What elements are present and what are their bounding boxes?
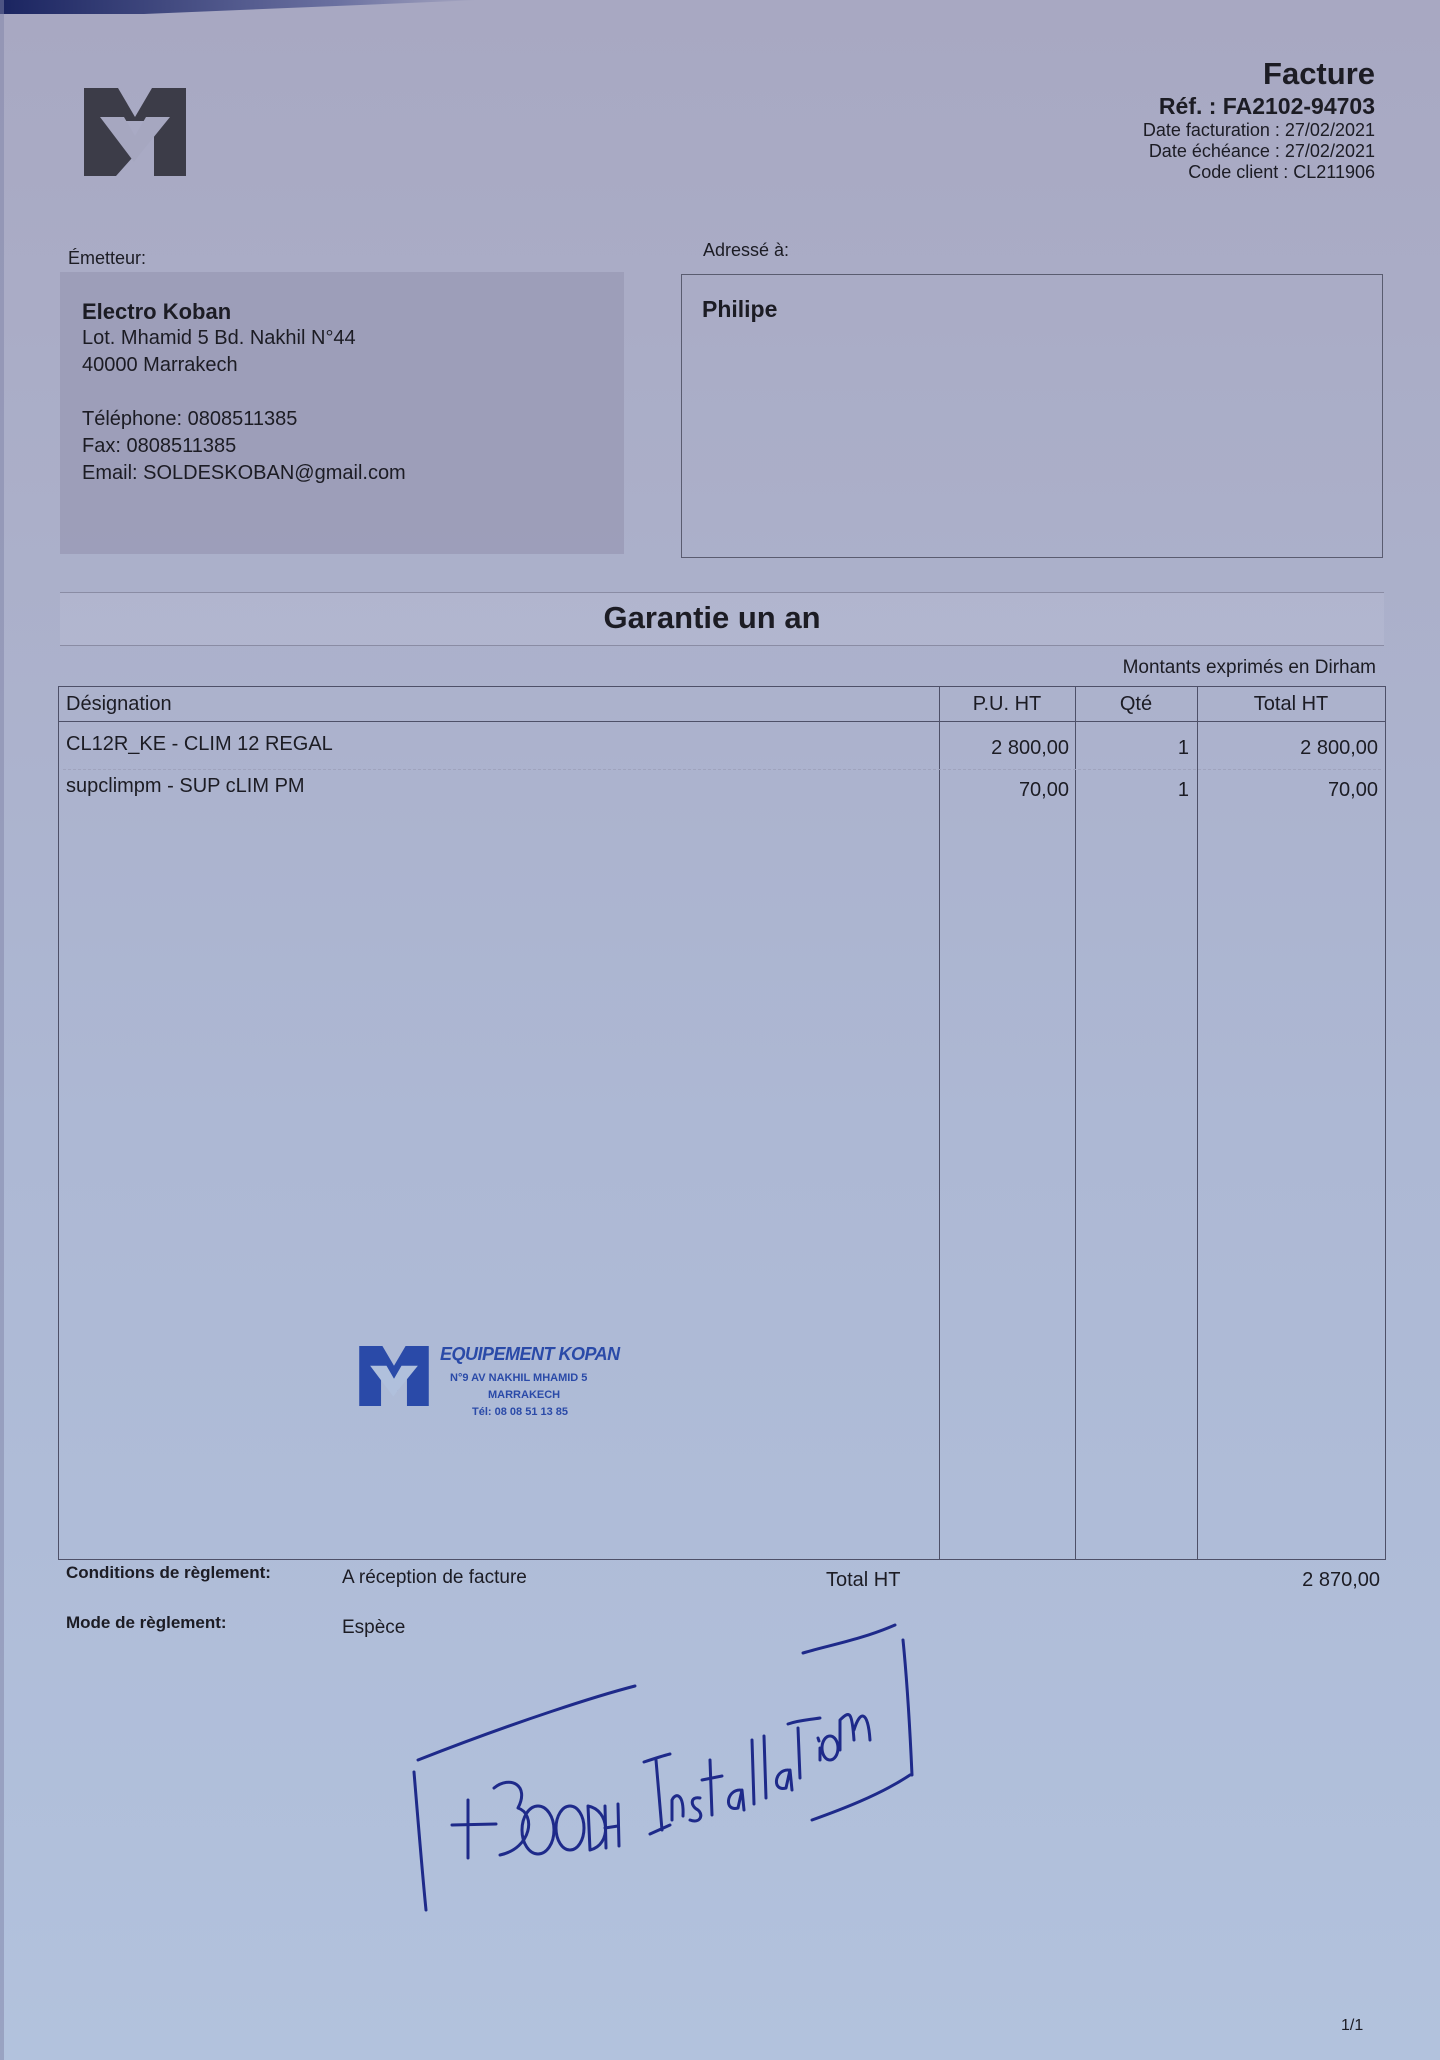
page-number: 1/1 bbox=[1341, 2017, 1363, 2035]
row-unit-price: 70,00 bbox=[939, 779, 1069, 802]
row-total: 2 800,00 bbox=[1197, 737, 1378, 760]
photo-shadow bbox=[0, 0, 480, 14]
column-divider bbox=[939, 687, 940, 1559]
stamp-company: EQUIPEMENT KOPAN bbox=[440, 1344, 620, 1365]
stamp-city: MARRAKECH bbox=[488, 1389, 560, 1401]
stamp-phone: Tél: 08 08 51 13 85 bbox=[472, 1406, 568, 1418]
header-quantity: Qté bbox=[1075, 693, 1197, 716]
row-unit-price: 2 800,00 bbox=[939, 737, 1069, 760]
emitter-name: Electro Koban bbox=[82, 298, 406, 325]
handwritten-note: +300DH Installation bbox=[400, 1620, 1360, 1940]
payment-mode-label: Mode de règlement: bbox=[66, 1613, 227, 1633]
stamp-address: N°9 AV NAKHIL MHAMID 5 bbox=[450, 1372, 587, 1384]
emitter-address-2: 40000 Marrakech bbox=[82, 352, 406, 379]
header-unit-price: P.U. HT bbox=[939, 693, 1075, 716]
recipient-box bbox=[681, 274, 1383, 558]
recipient-label: Adressé à: bbox=[703, 240, 789, 261]
row-designation: CL12R_KE - CLIM 12 REGAL bbox=[66, 733, 333, 756]
payment-terms-label: Conditions de règlement: bbox=[66, 1563, 271, 1583]
items-table: Désignation P.U. HT Qté Total HT CL12R_K… bbox=[58, 686, 1386, 1560]
total-value: 2 870,00 bbox=[1302, 1569, 1380, 1592]
emitter-address-1: Lot. Mhamid 5 Bd. Nakhil N°44 bbox=[82, 325, 406, 352]
emitter-fax: Fax: 0808511385 bbox=[82, 433, 406, 460]
m-logo-icon bbox=[84, 88, 186, 176]
row-total: 70,00 bbox=[1197, 779, 1378, 802]
payment-mode-value: Espèce bbox=[342, 1617, 405, 1639]
row-quantity: 1 bbox=[1075, 779, 1189, 802]
total-label: Total HT bbox=[826, 1569, 900, 1592]
payment-terms-value: A réception de facture bbox=[342, 1567, 527, 1589]
invoice-title: Facture bbox=[1143, 56, 1375, 92]
stamp-m-logo-icon bbox=[358, 1346, 430, 1406]
header-designation: Désignation bbox=[66, 693, 172, 716]
emitter-details: Electro Koban Lot. Mhamid 5 Bd. Nakhil N… bbox=[82, 298, 406, 487]
header-divider bbox=[59, 721, 1385, 722]
emitter-email: Email: SOLDESKOBAN@gmail.com bbox=[82, 460, 406, 487]
column-divider bbox=[1197, 687, 1198, 1559]
page-edge bbox=[0, 0, 4, 2060]
invoice-date: Date facturation : 27/02/2021 bbox=[1143, 120, 1375, 141]
client-code: Code client : CL211906 bbox=[1143, 162, 1375, 183]
invoice-due-date: Date échéance : 27/02/2021 bbox=[1143, 141, 1375, 162]
row-quantity: 1 bbox=[1075, 737, 1189, 760]
warranty-text: Garantie un an bbox=[0, 600, 1424, 636]
emitter-phone: Téléphone: 0808511385 bbox=[82, 406, 406, 433]
currency-note: Montants exprimés en Dirham bbox=[1123, 657, 1376, 679]
recipient-name: Philipe bbox=[702, 296, 777, 323]
header-total: Total HT bbox=[1197, 693, 1385, 716]
invoice-header: Facture Réf. : FA2102-94703 Date factura… bbox=[1143, 56, 1375, 183]
invoice-reference: Réf. : FA2102-94703 bbox=[1143, 92, 1375, 120]
row-separator bbox=[63, 769, 1381, 770]
emitter-label: Émetteur: bbox=[68, 248, 146, 269]
row-designation: supclimpm - SUP cLIM PM bbox=[66, 775, 305, 798]
column-divider bbox=[1075, 687, 1076, 1559]
